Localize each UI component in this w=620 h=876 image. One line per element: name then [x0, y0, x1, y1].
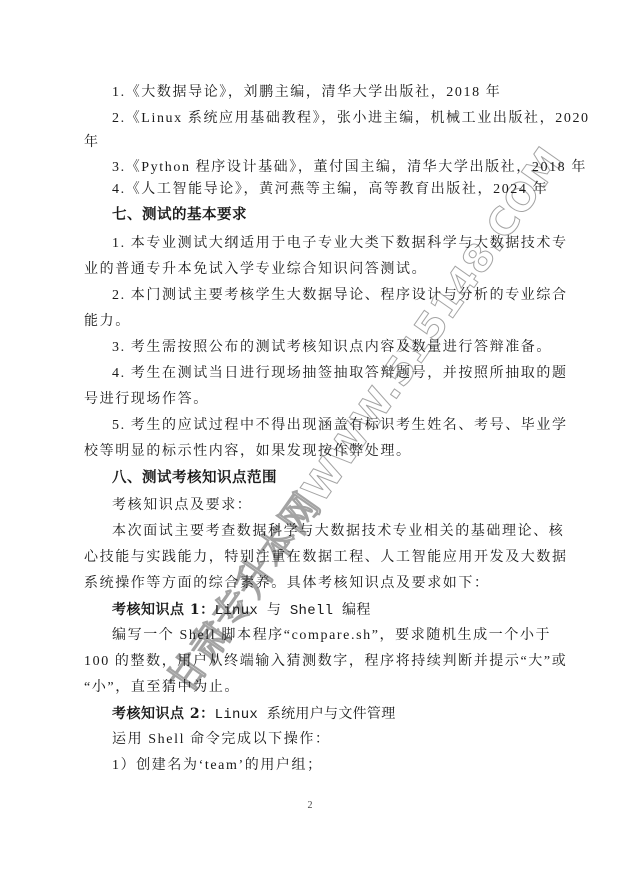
- knowledge-point-2-line2: 1）创建名为‘team’的用户组；: [112, 756, 323, 776]
- requirement-3: 3. 考生需按照公布的测试考核知识点内容及数量进行答辩准备。: [112, 338, 552, 358]
- section-8-heading: 八、测试考核知识点范围: [112, 468, 277, 488]
- section-8-desc-line1: 本次面试主要考查数据科学与大数据技术专业相关的基础理论、核: [112, 522, 564, 542]
- requirement-2-line1: 2. 本门测试主要考核学生大数据导论、程序设计与分析的专业综合: [112, 286, 568, 306]
- requirement-1-line2: 业的普通专升本免试入学专业综合知识问答测试。: [84, 260, 427, 280]
- requirement-5-line1: 5. 考生的应试过程中不得出现涵盖有标识考生姓名、考号、毕业学: [112, 416, 568, 436]
- knowledge-point-1-line3: “小”，直至猜中为止。: [84, 678, 240, 698]
- requirement-4-line2: 号进行现场作答。: [84, 390, 209, 410]
- section-7-heading: 七、测试的基本要求: [112, 205, 247, 225]
- knowledge-point-1-title: 考核知识点 1：Linux 与 Shell 编程: [112, 600, 371, 621]
- section-8-desc-line3: 系统操作等方面的综合素养。具体考核知识点及要求如下：: [84, 574, 490, 594]
- reference-1: 1.《大数据导论》，刘鹏主编，清华大学出版社，2018 年: [112, 83, 501, 103]
- knowledge-point-1-line2: 100 的整数，用户从终端输入猜测数字，程序将持续判断并提示“大”或: [84, 652, 567, 672]
- knowledge-point-2-label: 考核知识点 2：: [112, 706, 215, 722]
- section-8-desc-line2: 心技能与实践能力，特别注重在数据工程、人工智能应用开发及大数据: [84, 548, 568, 568]
- requirement-2-line2: 能力。: [84, 312, 131, 332]
- knowledge-point-1-line1: 编写一个 Shell 脚本程序“compare.sh”，要求随机生成一个小于: [112, 626, 551, 646]
- reference-2: 2.《Linux 系统应用基础教程》，张小进主编，机械工业出版社，2020: [112, 109, 590, 129]
- section-8-intro: 考核知识点及要求：: [112, 496, 252, 516]
- reference-3: 3.《Python 程序设计基础》，董付国主编，清华大学出版社，2018 年: [112, 158, 587, 178]
- knowledge-point-2-name: Linux 系统用户与文件管理: [215, 707, 396, 723]
- knowledge-point-1-label: 考核知识点 1：: [112, 602, 215, 618]
- requirement-5-line2: 校等明显的标示性内容，如果发现按作弊处理。: [84, 442, 412, 462]
- requirement-1-line1: 1. 本专业测试大纲适用于电子专业大类下数据科学与大数据技术专: [112, 234, 568, 254]
- reference-4: 4.《人工智能导论》，黄河燕等主编，高等教育出版社，2024 年: [112, 180, 548, 200]
- reference-2-wrap: 年: [84, 133, 100, 153]
- knowledge-point-2-title: 考核知识点 2：Linux 系统用户与文件管理: [112, 704, 396, 725]
- knowledge-point-2-line1: 运用 Shell 命令完成以下操作：: [112, 730, 331, 750]
- requirement-4-line1: 4. 考生在测试当日进行现场抽签抽取答辩题号，并按照所抽取的题: [112, 364, 568, 384]
- page-number: 2: [0, 800, 620, 811]
- knowledge-point-1-name: Linux 与 Shell 编程: [215, 603, 371, 619]
